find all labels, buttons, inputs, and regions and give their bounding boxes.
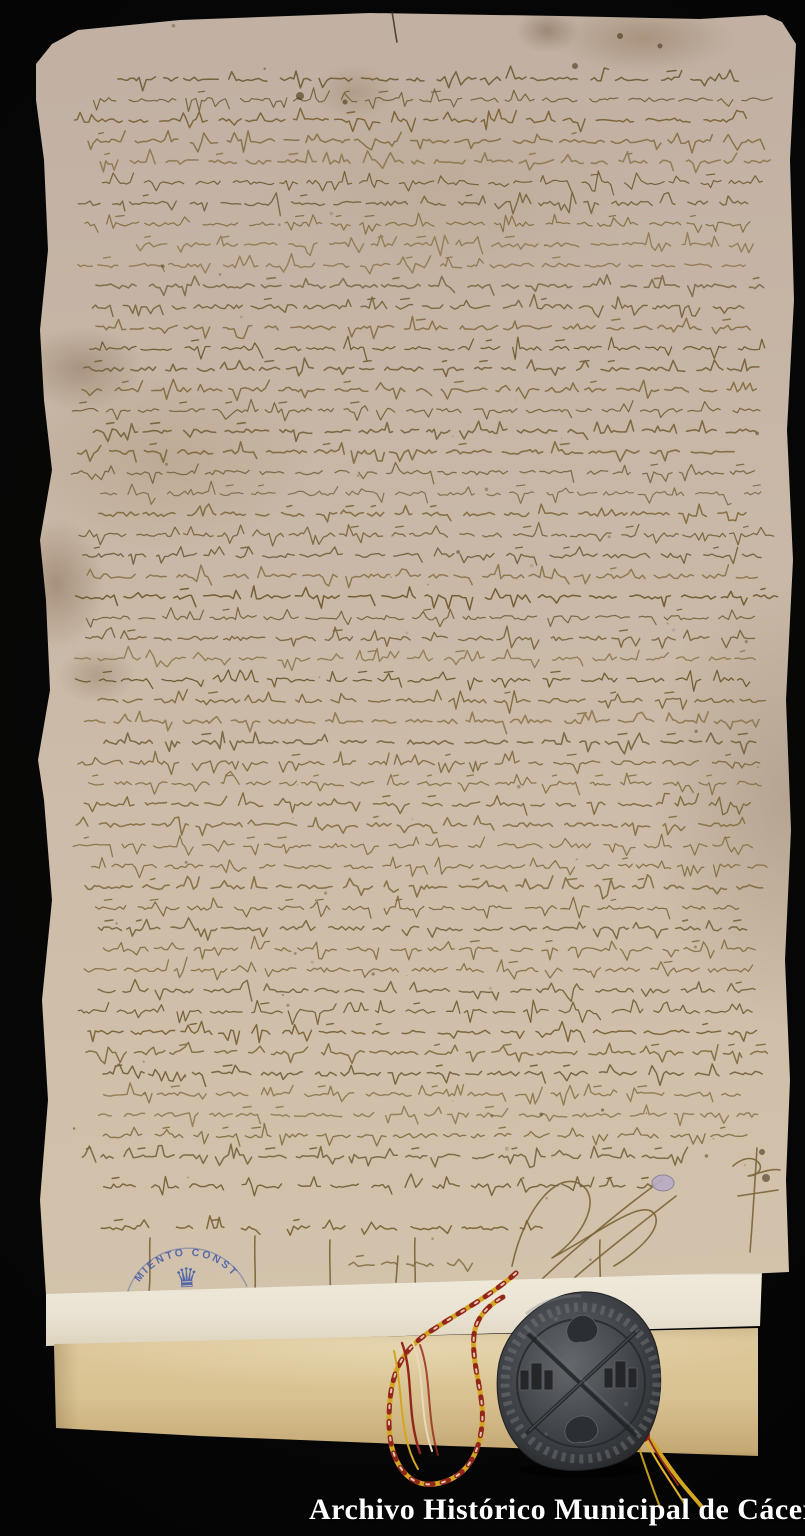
- stain-spot: [263, 67, 266, 70]
- stain-spot: [530, 564, 534, 568]
- script-line: [78, 1000, 752, 1025]
- stain-spot: [456, 550, 460, 554]
- stain-spot: [73, 1127, 75, 1129]
- stain-spot: [713, 1138, 715, 1140]
- script-line: [512, 1181, 656, 1266]
- script-line: [78, 442, 734, 463]
- stain-spot: [505, 1147, 509, 1151]
- script-line: [96, 275, 764, 297]
- script-line: [102, 171, 762, 195]
- stain-spot: [572, 63, 578, 69]
- script-line: [99, 1105, 758, 1126]
- script-line: [75, 670, 749, 691]
- stain-spot: [431, 1238, 434, 1241]
- stain-spot: [343, 100, 348, 105]
- script-line: [750, 1148, 757, 1252]
- stain-spot: [755, 432, 759, 436]
- stain-spot: [116, 922, 118, 924]
- script-line: [738, 1190, 778, 1196]
- stain-spot: [539, 1112, 543, 1116]
- stain-spot: [187, 1177, 189, 1179]
- stain-spot: [165, 463, 168, 466]
- script-line: [71, 463, 754, 484]
- script-line: [98, 690, 765, 714]
- stain-spot: [319, 676, 321, 678]
- script-line: [99, 504, 746, 523]
- lead-seal: [486, 1284, 676, 1480]
- stain-spot: [452, 435, 453, 436]
- stain-spot: [357, 474, 360, 477]
- script-line: [79, 522, 774, 546]
- script-line: [103, 1124, 747, 1146]
- script-line: [392, 12, 397, 42]
- script-line: [83, 547, 761, 565]
- script-line: [96, 316, 750, 338]
- stain-spot: [250, 659, 252, 661]
- script-line: [86, 626, 755, 649]
- script-line: [118, 66, 738, 91]
- script-line: [104, 1174, 656, 1196]
- stain-spot: [143, 1092, 146, 1095]
- script-line: [94, 88, 773, 112]
- stain-spot: [185, 861, 188, 864]
- script-line: [84, 793, 750, 815]
- stain-spot: [184, 1075, 186, 1077]
- stain-spot: [545, 1197, 548, 1200]
- stain-spot: [161, 264, 165, 268]
- script-line: [75, 108, 747, 132]
- stain-spot: [667, 623, 669, 625]
- stain-spot: [705, 1154, 709, 1158]
- stain-spot: [240, 316, 243, 319]
- script-line: [90, 336, 765, 361]
- stain-spot: [341, 74, 342, 75]
- stain-spot: [608, 535, 611, 538]
- stain-spot: [282, 994, 284, 996]
- stain-spot: [485, 487, 489, 491]
- script-line: [88, 131, 765, 153]
- stain-spot: [576, 858, 578, 860]
- stain-spot: [617, 33, 623, 39]
- stain-spot: [263, 1122, 266, 1125]
- stain-spot: [489, 986, 493, 990]
- stain-spot: [762, 1174, 770, 1182]
- stain-spot: [694, 946, 697, 949]
- stain-spot: [522, 1177, 524, 1179]
- caption: Archivo Histórico Municipal de Cáceres: [309, 1493, 805, 1527]
- ink-stamp: MIENTO CONST ♛: [117, 1240, 255, 1293]
- stain-spot: [311, 961, 314, 964]
- script-line: [89, 771, 761, 794]
- stain-spot: [203, 684, 204, 685]
- script-line: [78, 192, 747, 216]
- stain-spot: [517, 785, 521, 789]
- stain-spot: [757, 766, 759, 768]
- stain-spot: [531, 127, 532, 128]
- script-line: [87, 565, 757, 588]
- stain-spot: [292, 817, 294, 819]
- script-line: [86, 608, 754, 628]
- script-line: [75, 646, 755, 670]
- stain-spot: [672, 628, 676, 632]
- script-line: [92, 857, 768, 878]
- script-line: [84, 957, 752, 980]
- script-line: [98, 980, 755, 1002]
- script-line: [76, 586, 778, 610]
- script-line: [85, 711, 760, 734]
- script-line: [101, 481, 761, 505]
- stain-spot: [694, 730, 697, 733]
- script-line: [103, 1064, 762, 1087]
- script-line: [104, 1083, 741, 1105]
- script-line: [96, 896, 739, 919]
- script-line: [84, 358, 759, 376]
- script-line: [100, 149, 770, 172]
- stain-spot: [278, 223, 281, 226]
- script-line: [101, 1216, 542, 1236]
- script-line: [76, 816, 745, 836]
- stain-spot: [324, 891, 327, 894]
- photo-stage: MIENTO CONST ♛: [0, 0, 805, 1536]
- script-line: [104, 936, 756, 960]
- stain-spot: [658, 44, 663, 49]
- stain-spot: [372, 972, 375, 975]
- script-line: [86, 1042, 767, 1063]
- stain-spot: [406, 631, 409, 634]
- stain-spot: [406, 975, 407, 976]
- script-line: [88, 1021, 757, 1044]
- stain-spot: [143, 1061, 145, 1063]
- script-line: [104, 732, 756, 754]
- stamp-crown-icon: ♛: [174, 1262, 200, 1293]
- stain-spot: [744, 1164, 746, 1166]
- stain-spot: [561, 438, 563, 440]
- script-line: [72, 400, 760, 421]
- stain-spot: [601, 1108, 604, 1111]
- stain-spot: [593, 213, 594, 214]
- stain-spot: [296, 92, 304, 100]
- stain-spot: [286, 1004, 289, 1007]
- script-line: [78, 254, 745, 274]
- script-line: [330, 1240, 331, 1291]
- stain-spot: [447, 475, 448, 476]
- stain-spot: [330, 212, 334, 216]
- stain-spot: [172, 24, 176, 28]
- script-line: [78, 751, 760, 774]
- script-line: [98, 918, 746, 940]
- stain-spot: [544, 244, 546, 246]
- wax-drip: [652, 1175, 674, 1191]
- stain-spot: [646, 1112, 648, 1114]
- stain-spot: [297, 784, 299, 786]
- stain-spot: [294, 952, 297, 955]
- stain-spot: [219, 273, 222, 276]
- frayed-strand: [394, 1351, 418, 1469]
- stain-spot: [515, 399, 516, 400]
- stain-spot: [427, 584, 429, 586]
- script-line: [136, 233, 753, 256]
- stain-spot: [759, 1149, 765, 1155]
- script-line: [93, 420, 756, 441]
- stain-spot: [490, 1114, 493, 1117]
- stain-spot: [461, 946, 462, 947]
- script-line: [92, 294, 744, 317]
- stain-spot: [745, 640, 748, 643]
- script-line: [73, 834, 752, 856]
- stain-spot: [449, 83, 451, 85]
- stain-spot: [390, 576, 392, 578]
- stain-spot: [452, 1100, 453, 1101]
- script-line: [85, 213, 750, 234]
- script-line: [82, 1144, 687, 1168]
- script-line: [82, 379, 756, 400]
- script-line: [85, 875, 763, 899]
- stain-spot: [412, 818, 413, 819]
